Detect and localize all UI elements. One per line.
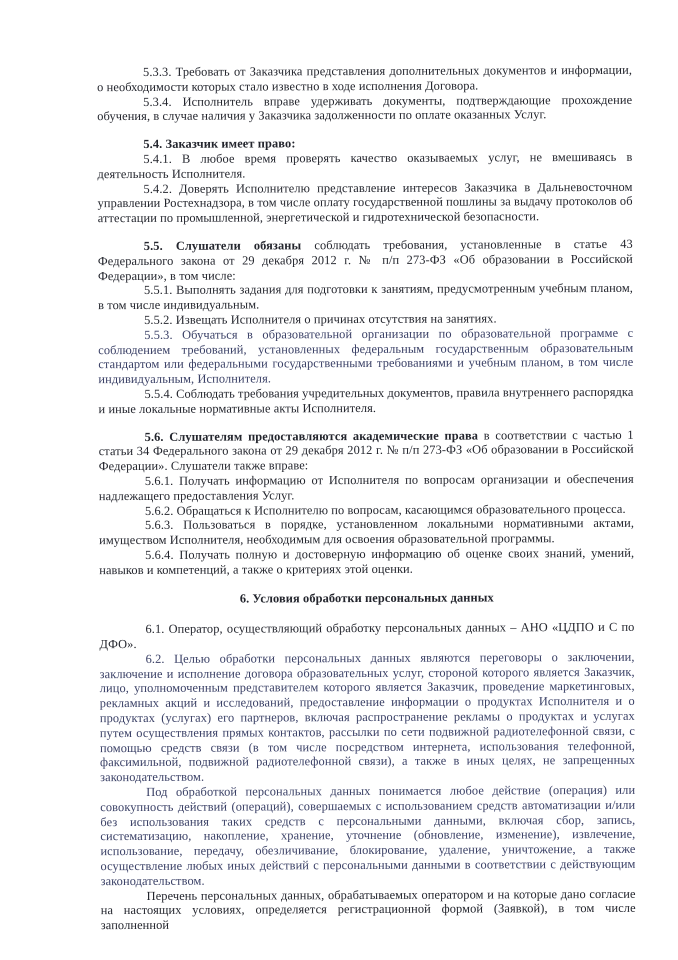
clause-5-5: 5.5. Слушатели обязаны соблюдать требова…: [98, 237, 633, 284]
clause-5-5-1-text: 5.5.1. Выполнять задания для подготовки …: [98, 281, 633, 312]
para-processing-definition: Под обработкой персональных данных поним…: [100, 783, 635, 889]
clause-5-3-3: 5.3.3. Требовать от Заказчика представле…: [97, 63, 632, 95]
clause-6-1: 6.1. Оператор, осуществляющий обработку …: [99, 620, 634, 652]
clause-5-5-4-text: 5.5.4. Соблюдать требования учредительны…: [98, 385, 633, 416]
clause-5-3-4-text: 5.3.4. Исполнитель вправе удерживать док…: [97, 92, 632, 123]
section-6-heading-bold: 6. Условия обработки персональных данных: [240, 590, 494, 605]
para-personal-data-list: Перечень персональных данных, обрабатыва…: [101, 886, 636, 933]
clause-5-6-1-text: 5.6.1. Получать информацию от Исполнител…: [99, 472, 634, 503]
clause-5-5-3: 5.5.3. Обучаться в образовательной орган…: [98, 326, 633, 388]
clause-5-5-2-text: 5.5.2. Извещать Исполнителя о причинах о…: [144, 311, 497, 327]
clause-5-4-1: 5.4.1. В любое время проверять качество …: [97, 150, 632, 182]
clause-5-6-3-text: 5.6.3. Пользоваться в порядке, установле…: [99, 516, 634, 547]
clause-5-6: 5.6. Слушателям предоставляются академич…: [99, 427, 634, 474]
clause-5-6-4: 5.6.4. Получать полную и достоверную инф…: [99, 546, 634, 578]
clause-5-4-2-text: 5.4.2. Доверять Исполнителю представлени…: [98, 179, 633, 225]
clause-5-5-bold: 5.5. Слушатели обязаны: [144, 238, 302, 253]
clause-5-6-4-text: 5.6.4. Получать полную и достоверную инф…: [99, 546, 634, 577]
clause-5-5-1: 5.5.1. Выполнять задания для подготовки …: [98, 281, 633, 313]
clause-5-3-3-text: 5.3.3. Требовать от Заказчика представле…: [97, 63, 632, 94]
clause-5-6-3: 5.6.3. Пользоваться в порядке, установле…: [99, 516, 634, 548]
para-personal-data-list-text: Перечень персональных данных, обрабатыва…: [101, 886, 636, 932]
clause-5-4-heading-bold: 5.4. Заказчик имеет право:: [143, 136, 295, 151]
clause-5-3-4: 5.3.4. Исполнитель вправе удерживать док…: [97, 92, 632, 124]
clause-5-5-4: 5.5.4. Соблюдать требования учредительны…: [98, 385, 633, 417]
clause-5-6-2-text: 5.6.2. Обращаться к Исполнителю по вопро…: [145, 501, 626, 517]
clause-5-4-2: 5.4.2. Доверять Исполнителю представлени…: [98, 179, 633, 226]
section-6-heading: 6. Условия обработки персональных данных: [99, 589, 634, 606]
clause-6-2: 6.2. Целью обработки персональных данных…: [100, 650, 636, 786]
clause-6-1-text: 6.1. Оператор, осуществляющий обработку …: [99, 620, 634, 651]
clause-5-5-3-text: 5.5.3. Обучаться в образовательной орган…: [98, 326, 633, 387]
clause-5-4-1-text: 5.4.1. В любое время проверять качество …: [97, 150, 632, 181]
clause-5-6-1: 5.6.1. Получать информацию от Исполнител…: [99, 472, 634, 504]
document-page-content: 5.3.3. Требовать от Заказчика представле…: [97, 63, 636, 933]
document-page: 5.3.3. Требовать от Заказчика представле…: [0, 0, 678, 960]
clause-5-6-bold: 5.6. Слушателям предоставляются академич…: [145, 428, 479, 443]
para-processing-definition-text: Под обработкой персональных данных поним…: [100, 783, 635, 888]
clause-6-2-text: 6.2. Целью обработки персональных данных…: [100, 650, 635, 785]
